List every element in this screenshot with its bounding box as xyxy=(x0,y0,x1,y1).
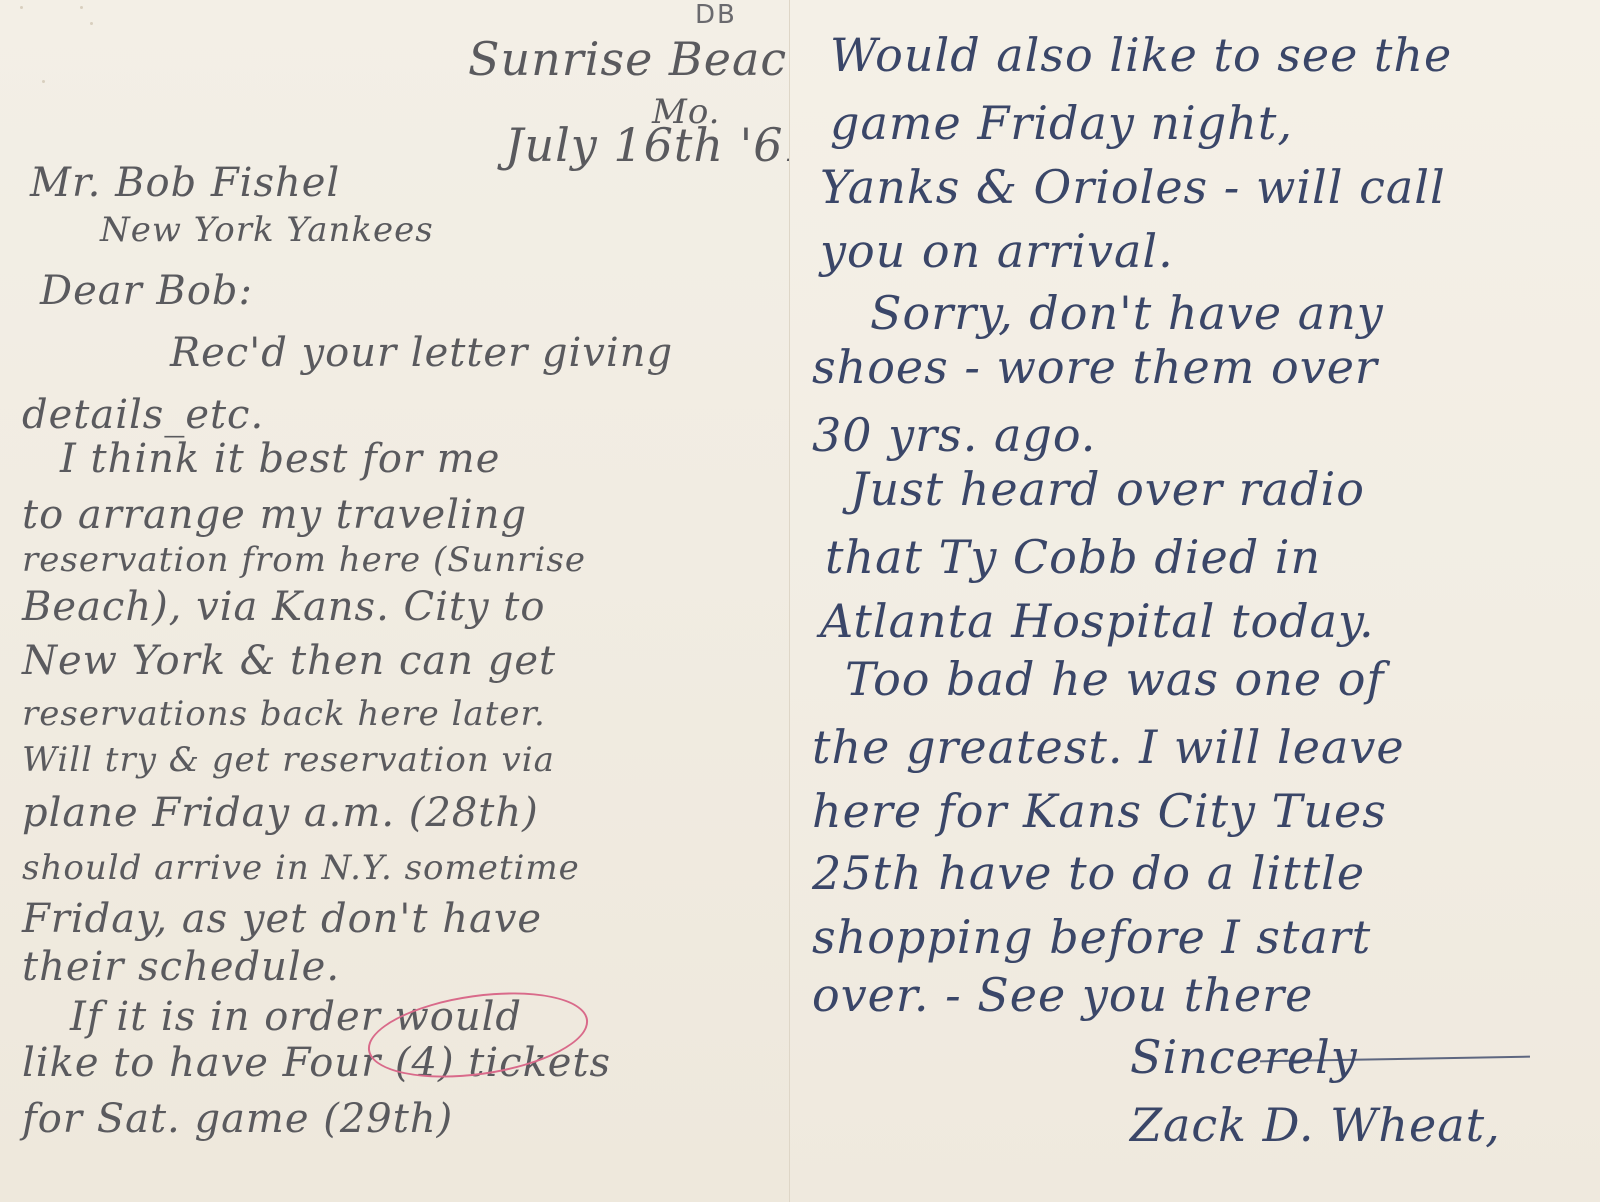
letter-line: here for Kans City Tues xyxy=(812,784,1387,838)
letter-line: 30 yrs. ago. xyxy=(812,408,1096,462)
letter-page-right: Would also like to see the game Friday n… xyxy=(790,0,1600,1202)
paper-speck xyxy=(90,22,93,25)
letter-line: should arrive in N.Y. sometime xyxy=(22,848,580,888)
letter-line: Will try & get reservation via xyxy=(22,740,555,780)
letter-page-left: DB Sunrise Beach Mo. July 16th '61 Mr. B… xyxy=(0,0,790,1202)
recipient-organization: New York Yankees xyxy=(100,210,434,250)
letter-line: plane Friday a.m. (28th) xyxy=(22,790,539,836)
letter-line: I think it best for me xyxy=(60,436,500,482)
letter-line: Too bad he was one of xyxy=(845,652,1384,706)
letter-line: reservation from here (Sunrise xyxy=(22,540,586,580)
letter-place: Sunrise Beach xyxy=(468,32,790,86)
salutation: Dear Bob: xyxy=(40,268,253,314)
letter-line: their schedule. xyxy=(22,944,340,990)
letter-line: New York & then can get xyxy=(22,638,556,684)
recipient-name: Mr. Bob Fishel xyxy=(30,160,340,206)
letter-line: Sorry, don't have any xyxy=(870,286,1384,340)
letter-line: the greatest. I will leave xyxy=(812,720,1405,774)
letter-line: details_etc. xyxy=(22,392,264,438)
letter-line: game Friday night, xyxy=(830,96,1293,150)
letter-line: Atlanta Hospital today. xyxy=(820,594,1375,648)
letter-line: reservations back here later. xyxy=(22,694,546,734)
letter-line: Yanks & Orioles - will call xyxy=(820,160,1446,214)
letter-line: Friday, as yet don't have xyxy=(22,896,542,942)
letter-date: July 16th '61 xyxy=(505,118,790,172)
signature: Zack D. Wheat, xyxy=(1130,1098,1501,1152)
letter-line: you on arrival. xyxy=(820,224,1174,278)
letter-line: for Sat. game (29th) xyxy=(22,1096,453,1142)
letter-line: Beach), via Kans. City to xyxy=(22,584,545,630)
letter-spread: DB Sunrise Beach Mo. July 16th '61 Mr. B… xyxy=(0,0,1600,1202)
paper-speck xyxy=(80,6,83,9)
letter-line: Rec'd your letter giving xyxy=(170,330,673,376)
letter-line: 25th have to do a little xyxy=(812,846,1365,900)
letter-line: Would also like to see the xyxy=(830,28,1452,82)
archive-initials: DB xyxy=(695,0,737,30)
paper-speck xyxy=(42,80,45,83)
letter-line: to arrange my traveling xyxy=(22,492,527,538)
letter-line: over. - See you there xyxy=(812,968,1313,1022)
letter-closing: Sincerely xyxy=(1130,1030,1358,1084)
letter-line: shopping before I start xyxy=(812,910,1371,964)
paper-speck xyxy=(20,6,23,9)
letter-line: Just heard over radio xyxy=(850,462,1365,516)
letter-line: shoes - wore them over xyxy=(812,340,1378,394)
letter-line: that Ty Cobb died in xyxy=(825,530,1321,584)
